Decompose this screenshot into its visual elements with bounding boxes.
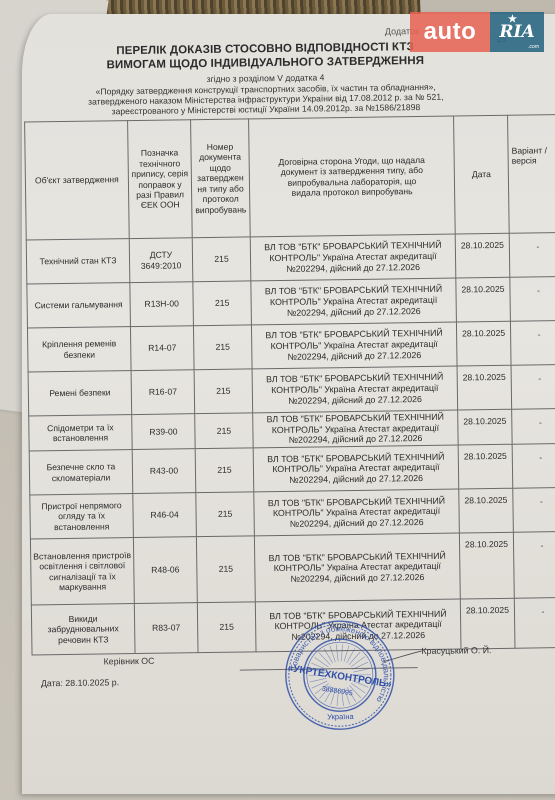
cell-regulation: R43-00 [132,449,196,494]
cell-date: 28.10.2025 [458,409,512,445]
cell-laboratory: ВЛ ТОВ "БТК" БРОВАРСЬКИЙ ТЕХНІЧНИЙКОНТРО… [254,489,460,536]
cell-variant: - [510,320,555,365]
cell-variant: - [512,408,555,444]
cell-object: Системи гальмування [27,283,131,328]
watermark-ria-logo: ★ RIA .com [490,12,544,52]
table-row: Безпечне скло та скломатеріалиR43-00215В… [29,444,555,496]
cell-object: Ремені безпеки [28,371,132,416]
cell-laboratory: ВЛ ТОВ "БТК" БРОВАРСЬКИЙ ТЕХНІЧНИЙКОНТРО… [251,278,457,325]
stamp-code: 38886995 [321,686,353,698]
table-row: Пристрої непрямого огляду та їх встановл… [30,488,555,540]
cell-regulation: R83-07 [134,603,198,654]
signatory-role: Керівник ОС [104,656,155,667]
cell-date: 28.10.2025 [459,532,514,599]
cell-object: Безпечне скло та скломатеріали [29,450,133,495]
cell-regulation: R16-07 [131,370,195,415]
column-header-regulation: Позначка технічного припису, серія попра… [128,120,193,239]
cell-variant: - [509,232,555,277]
column-header-doc-number: Номер документа щодо затверджен ня типу … [191,119,251,238]
star-icon: ★ [508,14,517,25]
cell-variant: - [512,444,555,489]
cell-object: Пристрої непрямого огляду та їх встановл… [30,494,134,539]
official-stamp: Товариство з обмеженою відповідальністю … [283,618,397,732]
document: Додаток -25 ПЕРЕЛІК ДОКАЗІВ СТОСОВНО ВІД… [0,0,555,800]
cell-doc-number: 215 [196,492,255,537]
autoria-watermark: auto ★ RIA .com [410,12,544,52]
cell-doc-number: 215 [193,325,252,370]
signatory-name: Красуцький О. Й. [421,645,491,656]
laboratory-line: №202294, дійсний до 27.12.2026 [255,433,455,447]
table-header-row: Об'єкт затвердження Позначка технічного … [25,114,555,240]
stamp-country: Україна [327,712,354,721]
cell-date: 28.10.2025 [456,277,511,322]
watermark-ria-text: RIA [499,22,534,42]
cell-object: Кріплення ременів безпеки [27,327,131,372]
cell-variant: - [511,364,555,409]
cell-date: 28.10.2025 [458,444,513,489]
table-row: Технічний стан КТЗДСТУ 3649:2010215ВЛ ТО… [26,232,555,284]
cell-date: 28.10.2025 [456,321,511,366]
column-header-variant: Варіант / версія [508,114,555,233]
cell-object: Технічний стан КТЗ [26,239,130,284]
cell-object: Спідометри та їх встановлення [29,415,132,452]
cell-laboratory: ВЛ ТОВ "БТК" БРОВАРСЬКИЙ ТЕХНІЧНИЙКОНТРО… [250,234,456,281]
table-row: Ремені безпекиR16-07215ВЛ ТОВ "БТК" БРОВ… [28,364,555,416]
cell-variant: - [514,598,555,649]
cell-doc-number: 215 [195,448,254,493]
table-row: Встановлення пристроїв освітлення і світ… [30,532,555,606]
cell-doc-number: 215 [194,369,253,414]
cell-variant: - [513,532,555,599]
signature-date: Дата: 28.10.2025 р. [41,677,119,688]
cell-regulation: R48-06 [133,537,197,604]
cell-regulation: R13H-00 [130,282,194,327]
cell-object: Встановлення пристроїв освітлення і світ… [30,538,134,605]
cell-object: Викиди забруднювальних речовин КТЗ [31,604,135,655]
cell-doc-number: 215 [197,602,256,653]
watermark-auto-logo: auto [410,12,490,52]
cell-regulation: R14-07 [130,326,194,371]
cell-doc-number: 215 [196,536,255,603]
cell-date: 28.10.2025 [455,233,510,278]
stamp-center-text: «УКРТЕХКОНТРОЛЬ» [287,663,393,691]
cell-regulation: ДСТУ 3649:2010 [129,238,193,283]
watermark-com-text: .com [528,44,539,50]
cell-date: 28.10.2025 [457,365,512,410]
cell-date: 28.10.2025 [459,488,514,533]
cell-doc-number: 215 [192,237,251,282]
cell-date: 28.10.2025 [460,598,515,649]
column-header-date: Дата [454,115,510,234]
cell-laboratory: ВЛ ТОВ "БТК" БРОВАРСЬКИЙ ТЕХНІЧНИЙКОНТРО… [254,533,460,602]
evidence-table: Об'єкт затвердження Позначка технічного … [24,114,555,656]
cell-variant: - [513,488,555,533]
cell-variant: - [510,276,555,321]
table-row: Кріплення ременів безпекиR14-07215ВЛ ТОВ… [27,320,555,372]
column-header-object: Об'єкт затвердження [25,121,130,240]
cell-laboratory: ВЛ ТОВ "БТК" БРОВАРСЬКИЙ ТЕХНІЧНИЙКОНТРО… [251,322,457,369]
table-row: Системи гальмуванняR13H-00215ВЛ ТОВ "БТК… [27,276,555,328]
cell-laboratory: ВЛ ТОВ "БТК" БРОВАРСЬКИЙ ТЕХНІЧНИЙКОНТРО… [253,410,458,448]
cell-doc-number: 215 [193,281,252,326]
column-header-laboratory: Договірна сторона Угоди, що надала докум… [249,116,456,237]
cell-doc-number: 215 [195,413,253,449]
cell-laboratory: ВЛ ТОВ "БТК" БРОВАРСЬКИЙ ТЕХНІЧНИЙКОНТРО… [253,445,459,492]
cell-regulation: R46-04 [133,493,197,538]
cell-regulation: R39-00 [132,414,195,450]
cell-laboratory: ВЛ ТОВ "БТК" БРОВАРСЬКИЙ ТЕХНІЧНИЙКОНТРО… [252,366,458,413]
